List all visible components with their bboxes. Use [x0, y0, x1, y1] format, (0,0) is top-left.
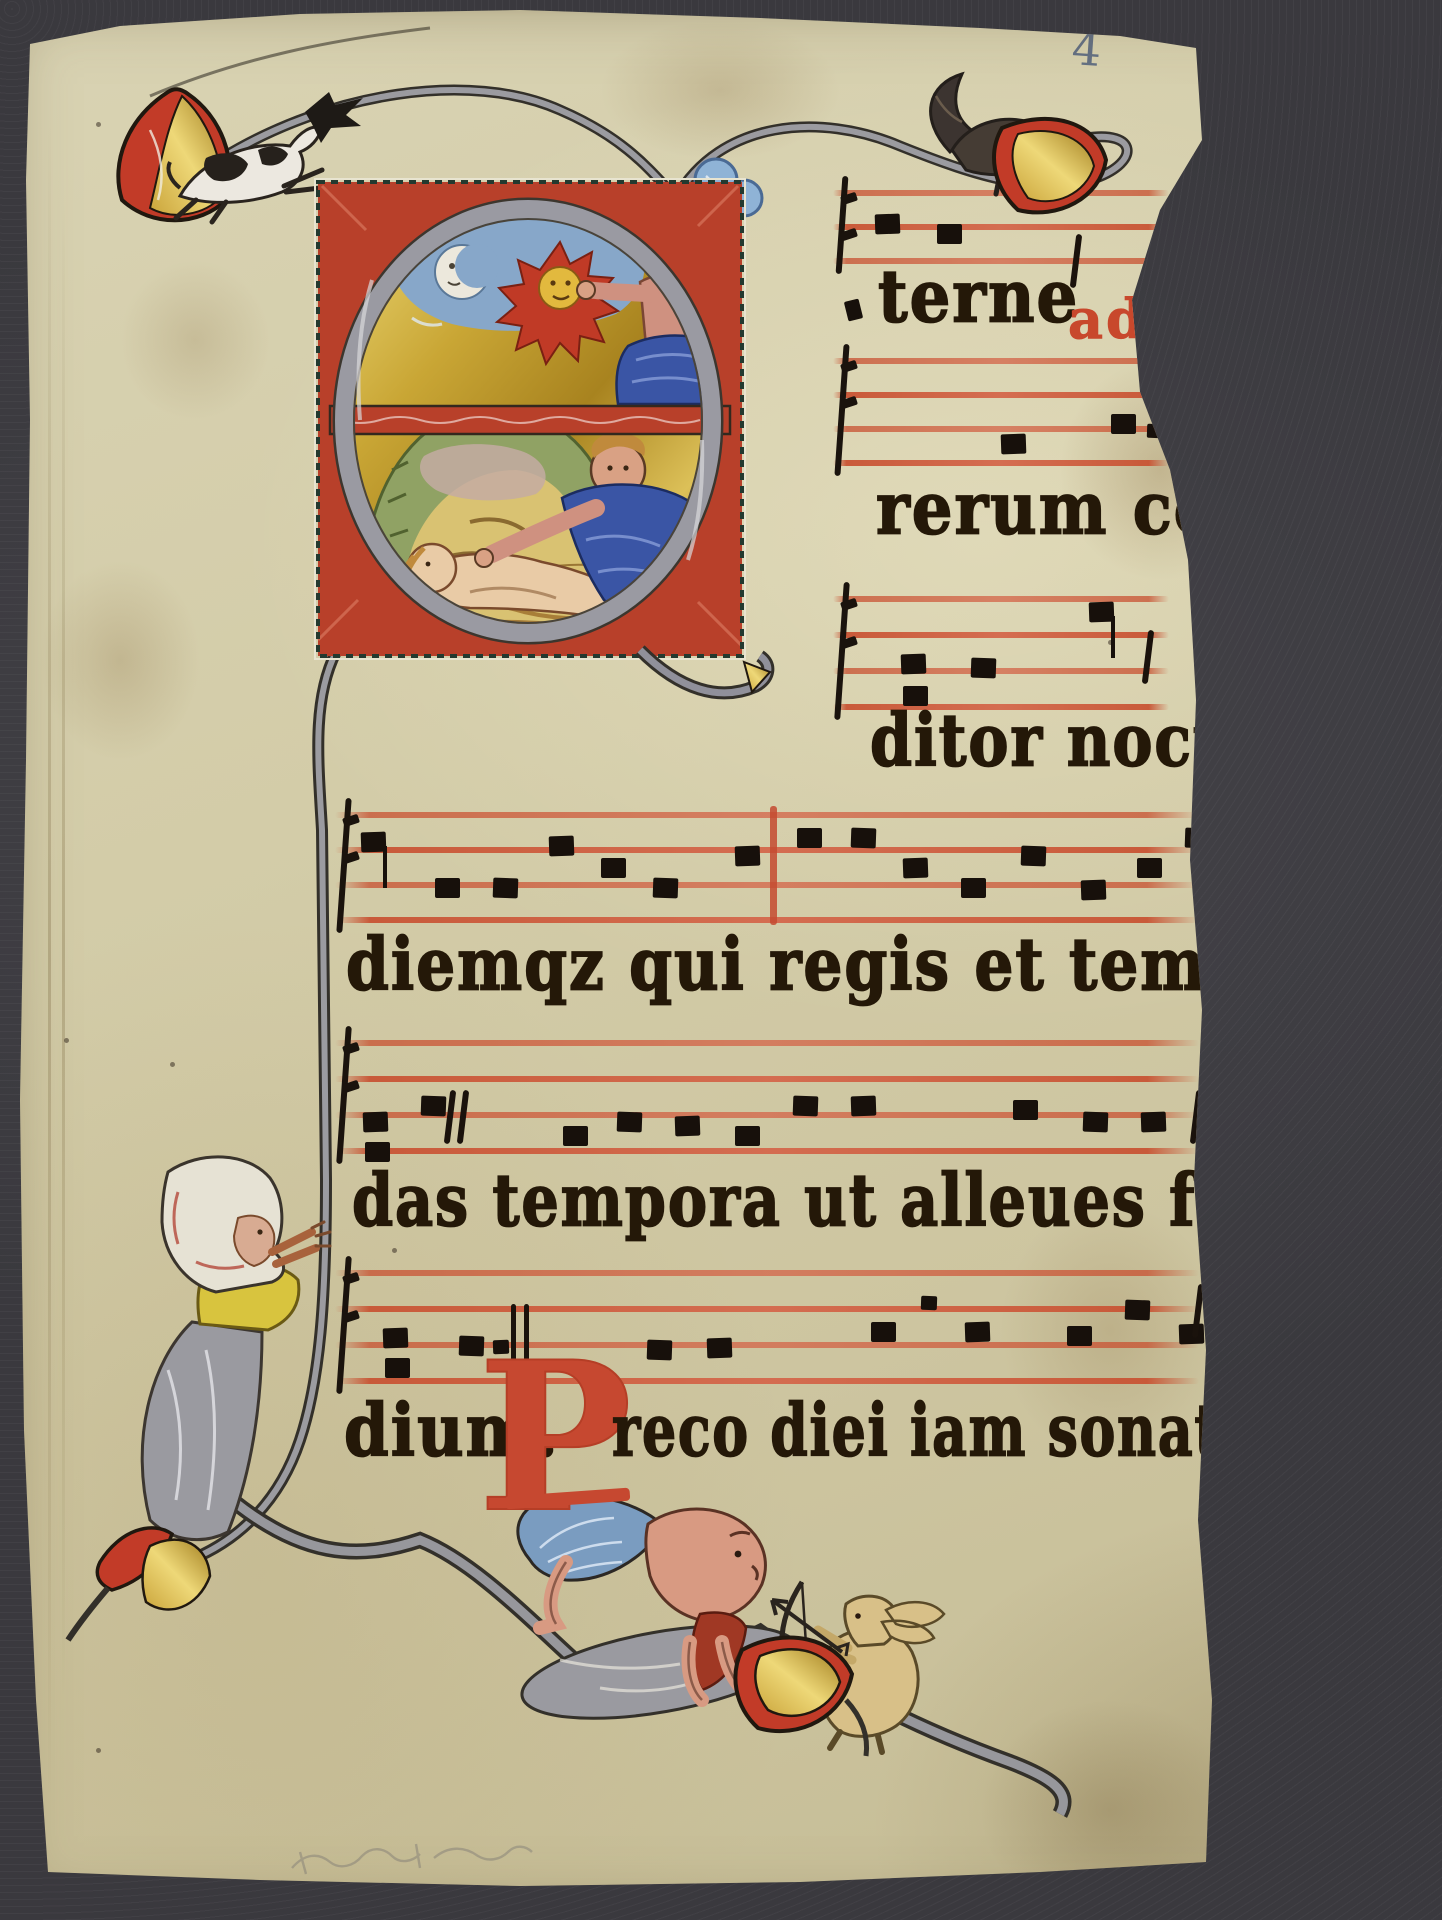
chant-line-1: terne: [878, 262, 1079, 334]
chant-line-3: ditor noctem: [870, 706, 1328, 778]
folio-number: 4: [1070, 21, 1103, 77]
red-gold-leaf: [994, 119, 1106, 213]
praying-figure: [142, 1157, 330, 1540]
chant-line-5: das tempora ut alleues fasti: [352, 1166, 1325, 1238]
manuscript-leaf: terne ad ẏ. ẏ⁹ rerum con ditor noctem di…: [0, 0, 1442, 1920]
note-tail: [1207, 842, 1211, 884]
chant-line-4: diemqz qui regis et tempor: [346, 930, 1329, 1002]
red-shoe-gold-leaf: [68, 1528, 210, 1640]
chant-line-6-after-initial: reco diei iam sonat: [612, 1396, 1221, 1468]
pencil-inscription: [292, 1844, 532, 1874]
photo-backdrop: terne ad ẏ. ẏ⁹ rerum con ditor noctem di…: [0, 0, 1442, 1920]
chant-line-2: rerum con: [876, 474, 1267, 546]
rubric: ad ẏ. ẏ⁹: [1068, 292, 1308, 346]
illuminated-initial-E: [315, 179, 770, 693]
secondary-initial-p: P: [478, 1336, 632, 1541]
initial-crossbar: [330, 406, 730, 434]
